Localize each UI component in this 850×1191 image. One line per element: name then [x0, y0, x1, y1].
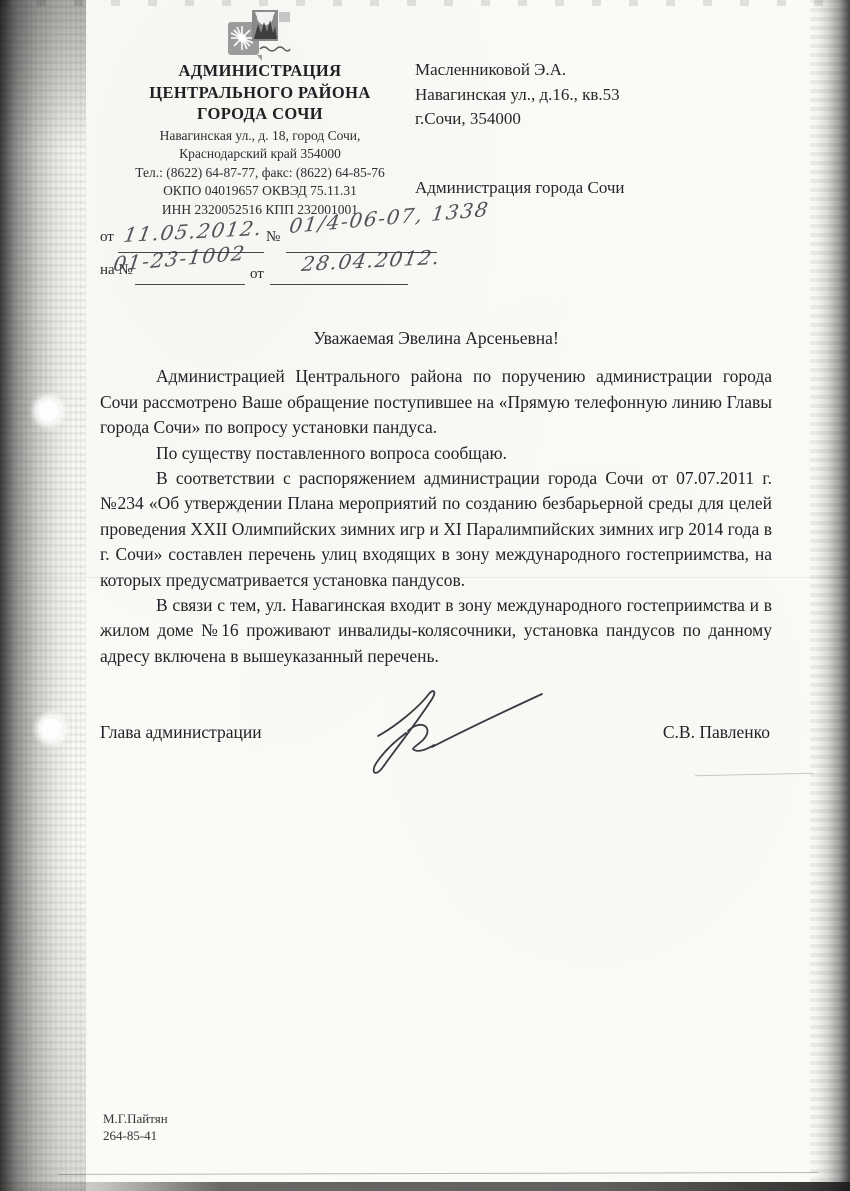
salutation: Уважаемая Эвелина Арсеньевна! [100, 326, 772, 351]
executor-phone: 264-85-41 [103, 1127, 168, 1144]
ref-from-label: от [100, 229, 114, 246]
reply-date-underline [270, 284, 408, 285]
signer-name: С.В. Павленко [663, 722, 770, 743]
recipient-block: Масленниковой Э.А. Навагинская ул., д.16… [415, 58, 755, 132]
scan-crease-bottom [58, 1172, 818, 1175]
punch-hole-top [37, 399, 60, 423]
org-okpo-line: ОКПО 04019657 ОКВЭД 75.11.31 [92, 182, 428, 201]
scan-edge-bottom [0, 1182, 850, 1191]
org-address-line: Краснодарский край 354000 [92, 145, 428, 164]
ref-number-label: № [266, 229, 280, 246]
executor-name: М.Г.Пайтян [103, 1110, 168, 1127]
scan-edge-top [0, 0, 850, 6]
handwritten-reply-date: 28.04.2012. [300, 245, 443, 276]
handwritten-signature-icon [368, 686, 548, 781]
recipient-city: г.Сочи, 354000 [415, 107, 755, 132]
org-name-line: АДМИНИСТРАЦИЯ [92, 60, 428, 82]
org-address-line: Навагинская ул., д. 18, город Сочи, [92, 127, 428, 146]
signer-position-title: Глава администрации [100, 722, 262, 743]
punch-hole-bottom [40, 717, 63, 741]
reply-from-label: от [250, 266, 264, 283]
letterhead-block: АДМИНИСТРАЦИЯ ЦЕНТРАЛЬНОГО РАЙОНА ГОРОДА… [92, 60, 428, 219]
recipient-address: Навагинская ул., д.16., кв.53 [415, 83, 755, 108]
scan-edge-left [0, 0, 86, 1191]
paper-crease-right [695, 773, 813, 776]
recipient-name: Масленниковой Э.А. [415, 58, 755, 83]
org-name-line: ГОРОДА СОЧИ [92, 103, 428, 125]
body-paragraph: По существу поставленного вопроса сообща… [100, 441, 772, 466]
recipient-organization: Администрация города Сочи [415, 178, 755, 198]
body-paragraph: Администрацией Центрального района по по… [100, 364, 772, 440]
body-paragraph: В соответствии с распоряжением администр… [100, 466, 772, 593]
scanned-letter-page: АДМИНИСТРАЦИЯ ЦЕНТРАЛЬНОГО РАЙОНА ГОРОДА… [0, 0, 850, 1191]
reply-number-underline [135, 284, 245, 285]
letter-body: Уважаемая Эвелина Арсеньевна! Администра… [100, 326, 772, 669]
sochi-emblem-icon [227, 9, 291, 61]
body-paragraph: В связи с тем, ул. Навагинская входит в … [100, 593, 772, 669]
org-phone-line: Тел.: (8622) 64-87-77, факс: (8622) 64-8… [92, 164, 428, 183]
org-name-line: ЦЕНТРАЛЬНОГО РАЙОНА [92, 82, 428, 104]
scan-edge-right [810, 0, 850, 1191]
executor-block: М.Г.Пайтян 264-85-41 [103, 1110, 168, 1144]
